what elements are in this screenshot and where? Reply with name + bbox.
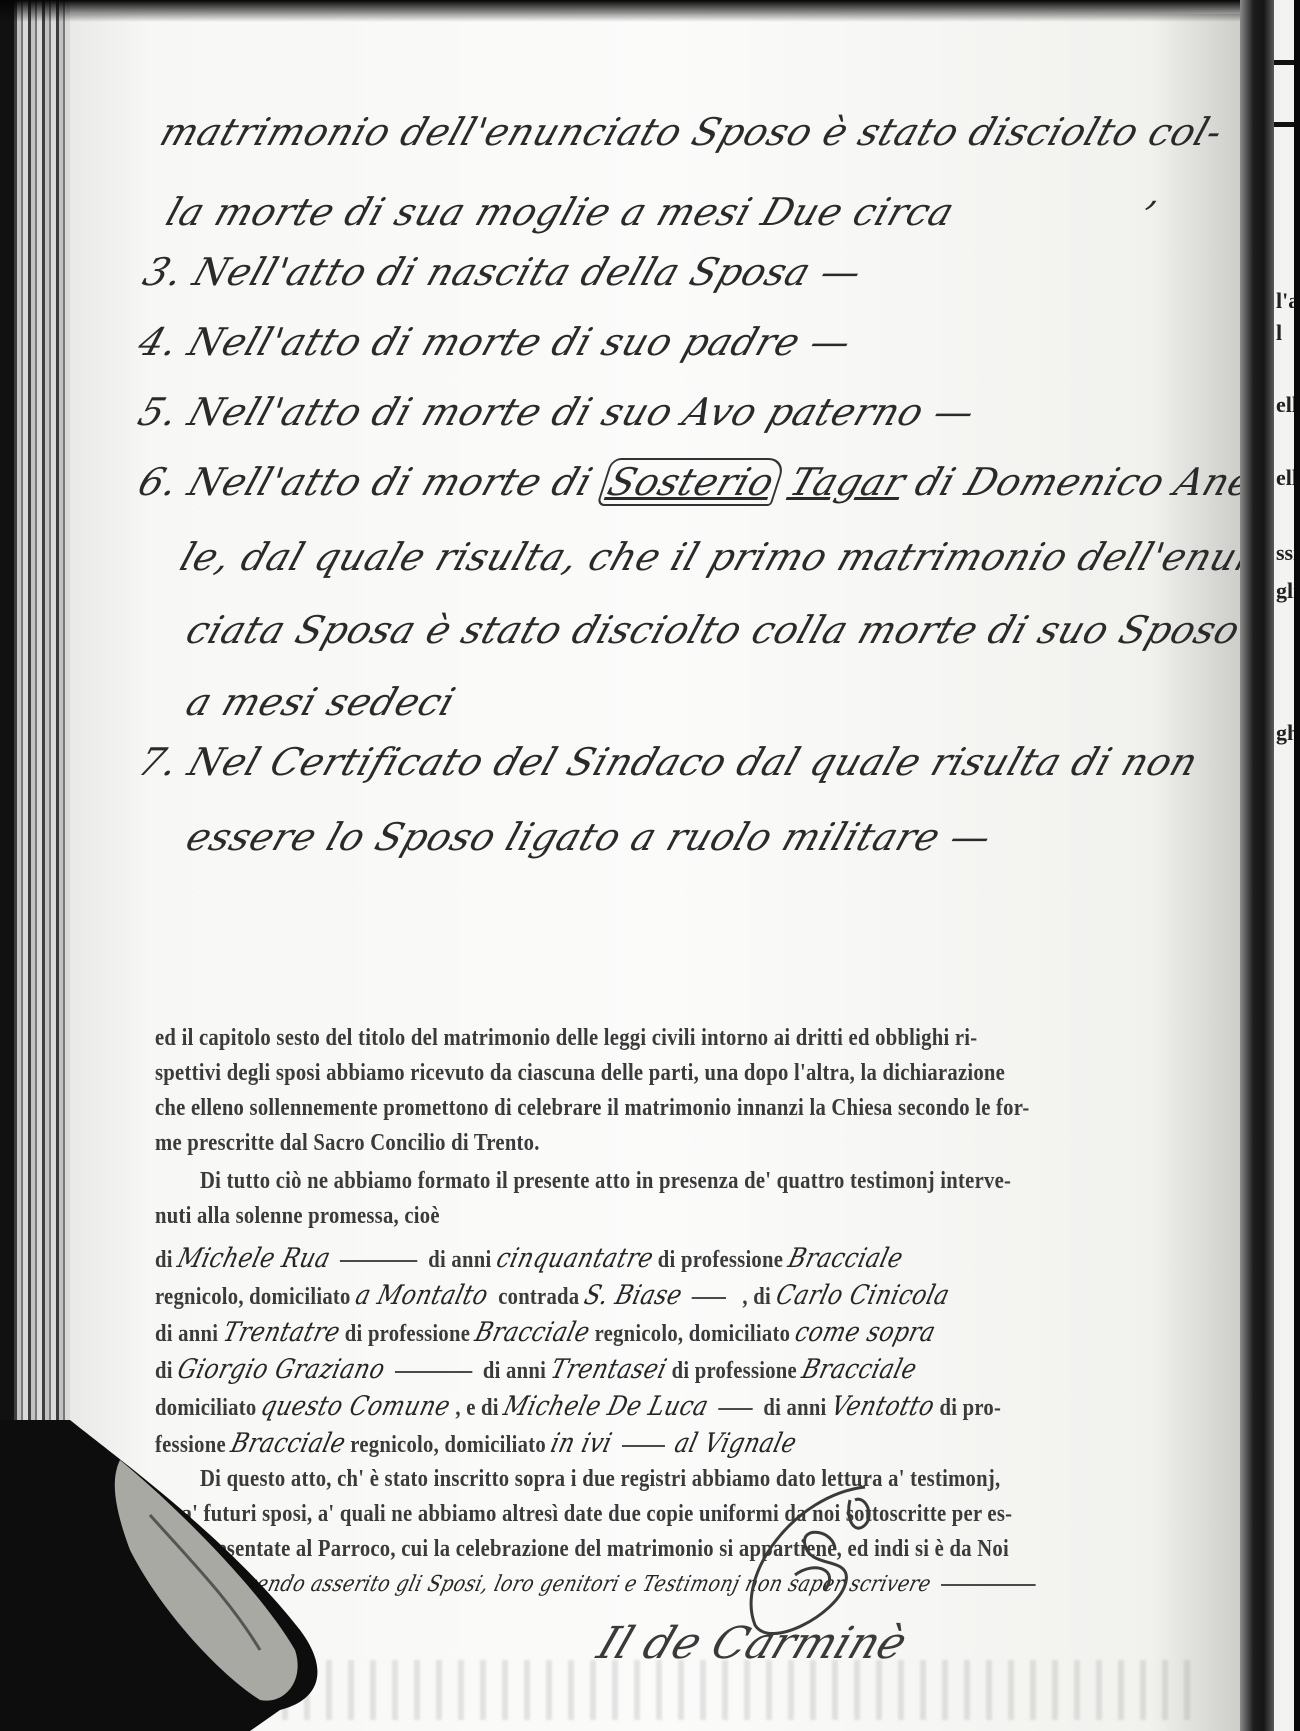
item-text: Nell'atto di morte di [183,460,598,504]
witness-3-profession: Bracciale [799,1354,920,1385]
dash [941,1584,1036,1586]
printed-line-3: che elleno sollennemente promettono di c… [155,1095,1030,1122]
witness-line-1: di Michele Rua di anni cinquantatre di p… [155,1243,902,1274]
text-fragment: l [1276,320,1282,346]
witness-1-age: cinquantatre [493,1243,656,1274]
item-text: Nell'atto di morte di suo padre [183,320,806,364]
witness-2-name: Carlo Cinicola [773,1280,953,1311]
witness-3-domicile: questo Comune [258,1391,454,1422]
item-6-line-2: le, dal quale risulta, che il primo matr… [175,535,1282,579]
printed-line-4: me prescritte dal Sacro Concilio di Tren… [155,1130,540,1157]
paraph-flourish-icon [715,1475,905,1645]
item-text: di Domenico Ane- [910,460,1273,504]
label: di professione [672,1358,797,1384]
label: domiciliato [155,1395,256,1421]
witness-line-3: di anni Trentatre di professione Braccia… [155,1317,935,1348]
handwritten-line-2: la morte di sua moglie a mesi Due circa [161,190,960,234]
label: di [753,1284,771,1310]
label: di anni [763,1395,826,1421]
label: di anni [483,1358,546,1384]
item-6: 6. Nell'atto di morte di Sosterio Tagar … [133,460,1273,504]
item-6-line-4: a mesi sedeci [181,680,461,724]
witness-4-domicile: in ivi [548,1428,615,1459]
witness-1-domicile: a Montalto [352,1280,491,1311]
witness-2-domicile: come sopra [792,1317,939,1348]
dash [340,1260,417,1262]
item-text: essere lo Sposo ligato a ruolo militare [181,815,946,859]
witness-1-contrada: S. Biase [581,1280,685,1311]
item-text: Nell'atto di nascita della Sposa [188,250,817,294]
witness-1-profession: Bracciale [785,1243,906,1274]
label: di [155,1247,173,1273]
witness-line-2: regnicolo, domiciliato a Montalto contra… [155,1280,949,1311]
item-text: Nel Certificato del Sindaco dal quale ri… [183,740,1204,784]
underlined-surname: Tagar [784,460,911,504]
label: contrada [498,1284,579,1310]
printed-line-5: Di tutto ciò ne abbiamo formato il prese… [200,1168,1011,1195]
item-5: 5. Nell'atto di morte di suo Avo paterno… [133,390,981,434]
printed-line-1: ed il capitolo sesto del titolo del matr… [155,1025,977,1052]
dash [395,1371,472,1373]
witness-3-age: Trentasei [548,1354,670,1385]
witness-4-name: Michele De Luca [500,1391,711,1422]
dash [718,1408,752,1410]
boxed-name: Sosterio [596,458,787,506]
item-4: 4. Nell'atto di morte di suo padre — [133,320,857,364]
witness-1-name: Michele Rua [174,1243,333,1274]
label: regnicolo, domiciliato [350,1432,546,1458]
witness-4-age: Ventotto [828,1391,938,1422]
witness-3-name: Giorgio Graziano [174,1354,388,1385]
label: di anni [428,1247,491,1273]
witness-line-4: di Giorgio Graziano di anni Trentasei di… [155,1354,916,1385]
book-gutter [1240,0,1274,1731]
item-7-line-2: essere lo Sposo ligato a ruolo militare … [181,815,997,859]
item-3: 3. Nell'atto di nascita della Sposa — [138,250,868,294]
label: di [155,1358,173,1384]
scan-frame-top [0,0,1300,22]
witness-2-profession: Bracciale [472,1317,593,1348]
label: di anni [155,1321,218,1347]
label: di professione [658,1247,783,1273]
item-6-line-3: ciata Sposa è stato disciolto colla mort… [181,608,1246,652]
dash [692,1297,726,1299]
label: di pro- [939,1395,1001,1421]
witness-line-5: domiciliato questo Comune , e di Michele… [155,1391,1001,1422]
thumb-holding-page [0,1420,330,1731]
label: regnicolo, domiciliato [595,1321,791,1347]
handwritten-line-1: matrimonio dell'enunciato Sposo è stato … [155,110,1229,154]
label: , e di [455,1395,498,1421]
label: di professione [345,1321,470,1347]
label: regnicolo, domiciliato [155,1284,351,1310]
item-text: Nell'atto di morte di suo Avo paterno [183,390,930,434]
witness-2-age: Trentatre [220,1317,343,1348]
scan-frame-right [1294,0,1300,1731]
printed-line-6: nuti alla solenne promessa, cioè [155,1203,440,1230]
printed-line-2: spettivi degli sposi abbiamo ricevuto da… [155,1060,1005,1087]
witness-4-contrada: al Vignale [671,1428,799,1459]
item-7: 7. Nel Certificato del Sindaco dal quale… [133,740,1204,784]
dash [622,1445,665,1447]
